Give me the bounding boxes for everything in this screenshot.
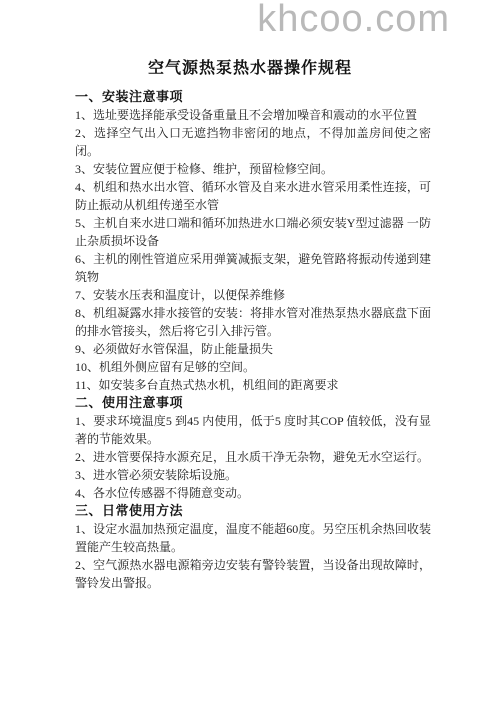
list-item: 8、机组凝露水排水接管的安装：将排水管对准热泵热水器底盘下面的排水管接头，然后将… [75,304,431,340]
document-page: khcoo.com 空气源热泵热水器操作规程 一、安装注意事项 1、选址要选择能… [0,0,500,708]
list-item: 2、选择空气出入口无遮挡物非密闭的地点，不得加盖房间使之密闭。 [75,124,431,160]
list-item: 1、设定水温加热预定温度，温度不能超60度。另空压机余热回收装置能产生较高热量。 [75,520,431,556]
watermark-text: khcoo.com [257,0,450,42]
list-item: 1、选址要选择能承受设备重量且不会增加噪音和震动的水平位置 [75,106,431,124]
section-heading-installation: 一、安装注意事项 [75,88,431,106]
list-item: 9、必须做好水管保温，防止能量损失 [75,340,431,358]
list-item: 1、要求环境温度5 到45 内使用，低于5 度时其COP 值较低，没有显著的节能… [75,412,431,448]
list-item: 5、主机自来水进口端和循环加热进水口端必须安装Y型过滤器 一防止杂质损坏设备 [75,214,431,250]
list-item: 2、进水管要保持水源充足，且水质干净无杂物，避免无水空运行。 [75,448,431,466]
list-item: 3、安装位置应便于检修、维护，预留检修空间。 [75,160,431,178]
list-item: 3、进水管必须安装除垢设施。 [75,466,431,484]
section-heading-usage: 二、使用注意事项 [75,394,431,412]
list-item: 4、各水位传感器不得随意变动。 [75,484,431,502]
list-item: 7、安装水压表和温度计，以便保养维修 [75,286,431,304]
list-item: 4、机组和热水出水管、循环水管及自来水进水管采用柔性连接，可防止振动从机组传递至… [75,178,431,214]
list-item: 2、空气源热水器电源箱旁边安装有警铃装置，当设备出现故障时，警铃发出警报。 [75,556,431,592]
list-item: 10、机组外侧应留有足够的空间。 [75,358,431,376]
document-body: 一、安装注意事项 1、选址要选择能承受设备重量且不会增加噪音和震动的水平位置 2… [75,88,431,592]
section-heading-daily-method: 三、日常使用方法 [75,502,431,520]
list-item: 11、如安装多台直热式热水机，机组间的距离要求 [75,376,431,394]
list-item: 6、主机的刚性管道应采用弹簧减振支架，避免管路将振动传递到建筑物 [75,250,431,286]
